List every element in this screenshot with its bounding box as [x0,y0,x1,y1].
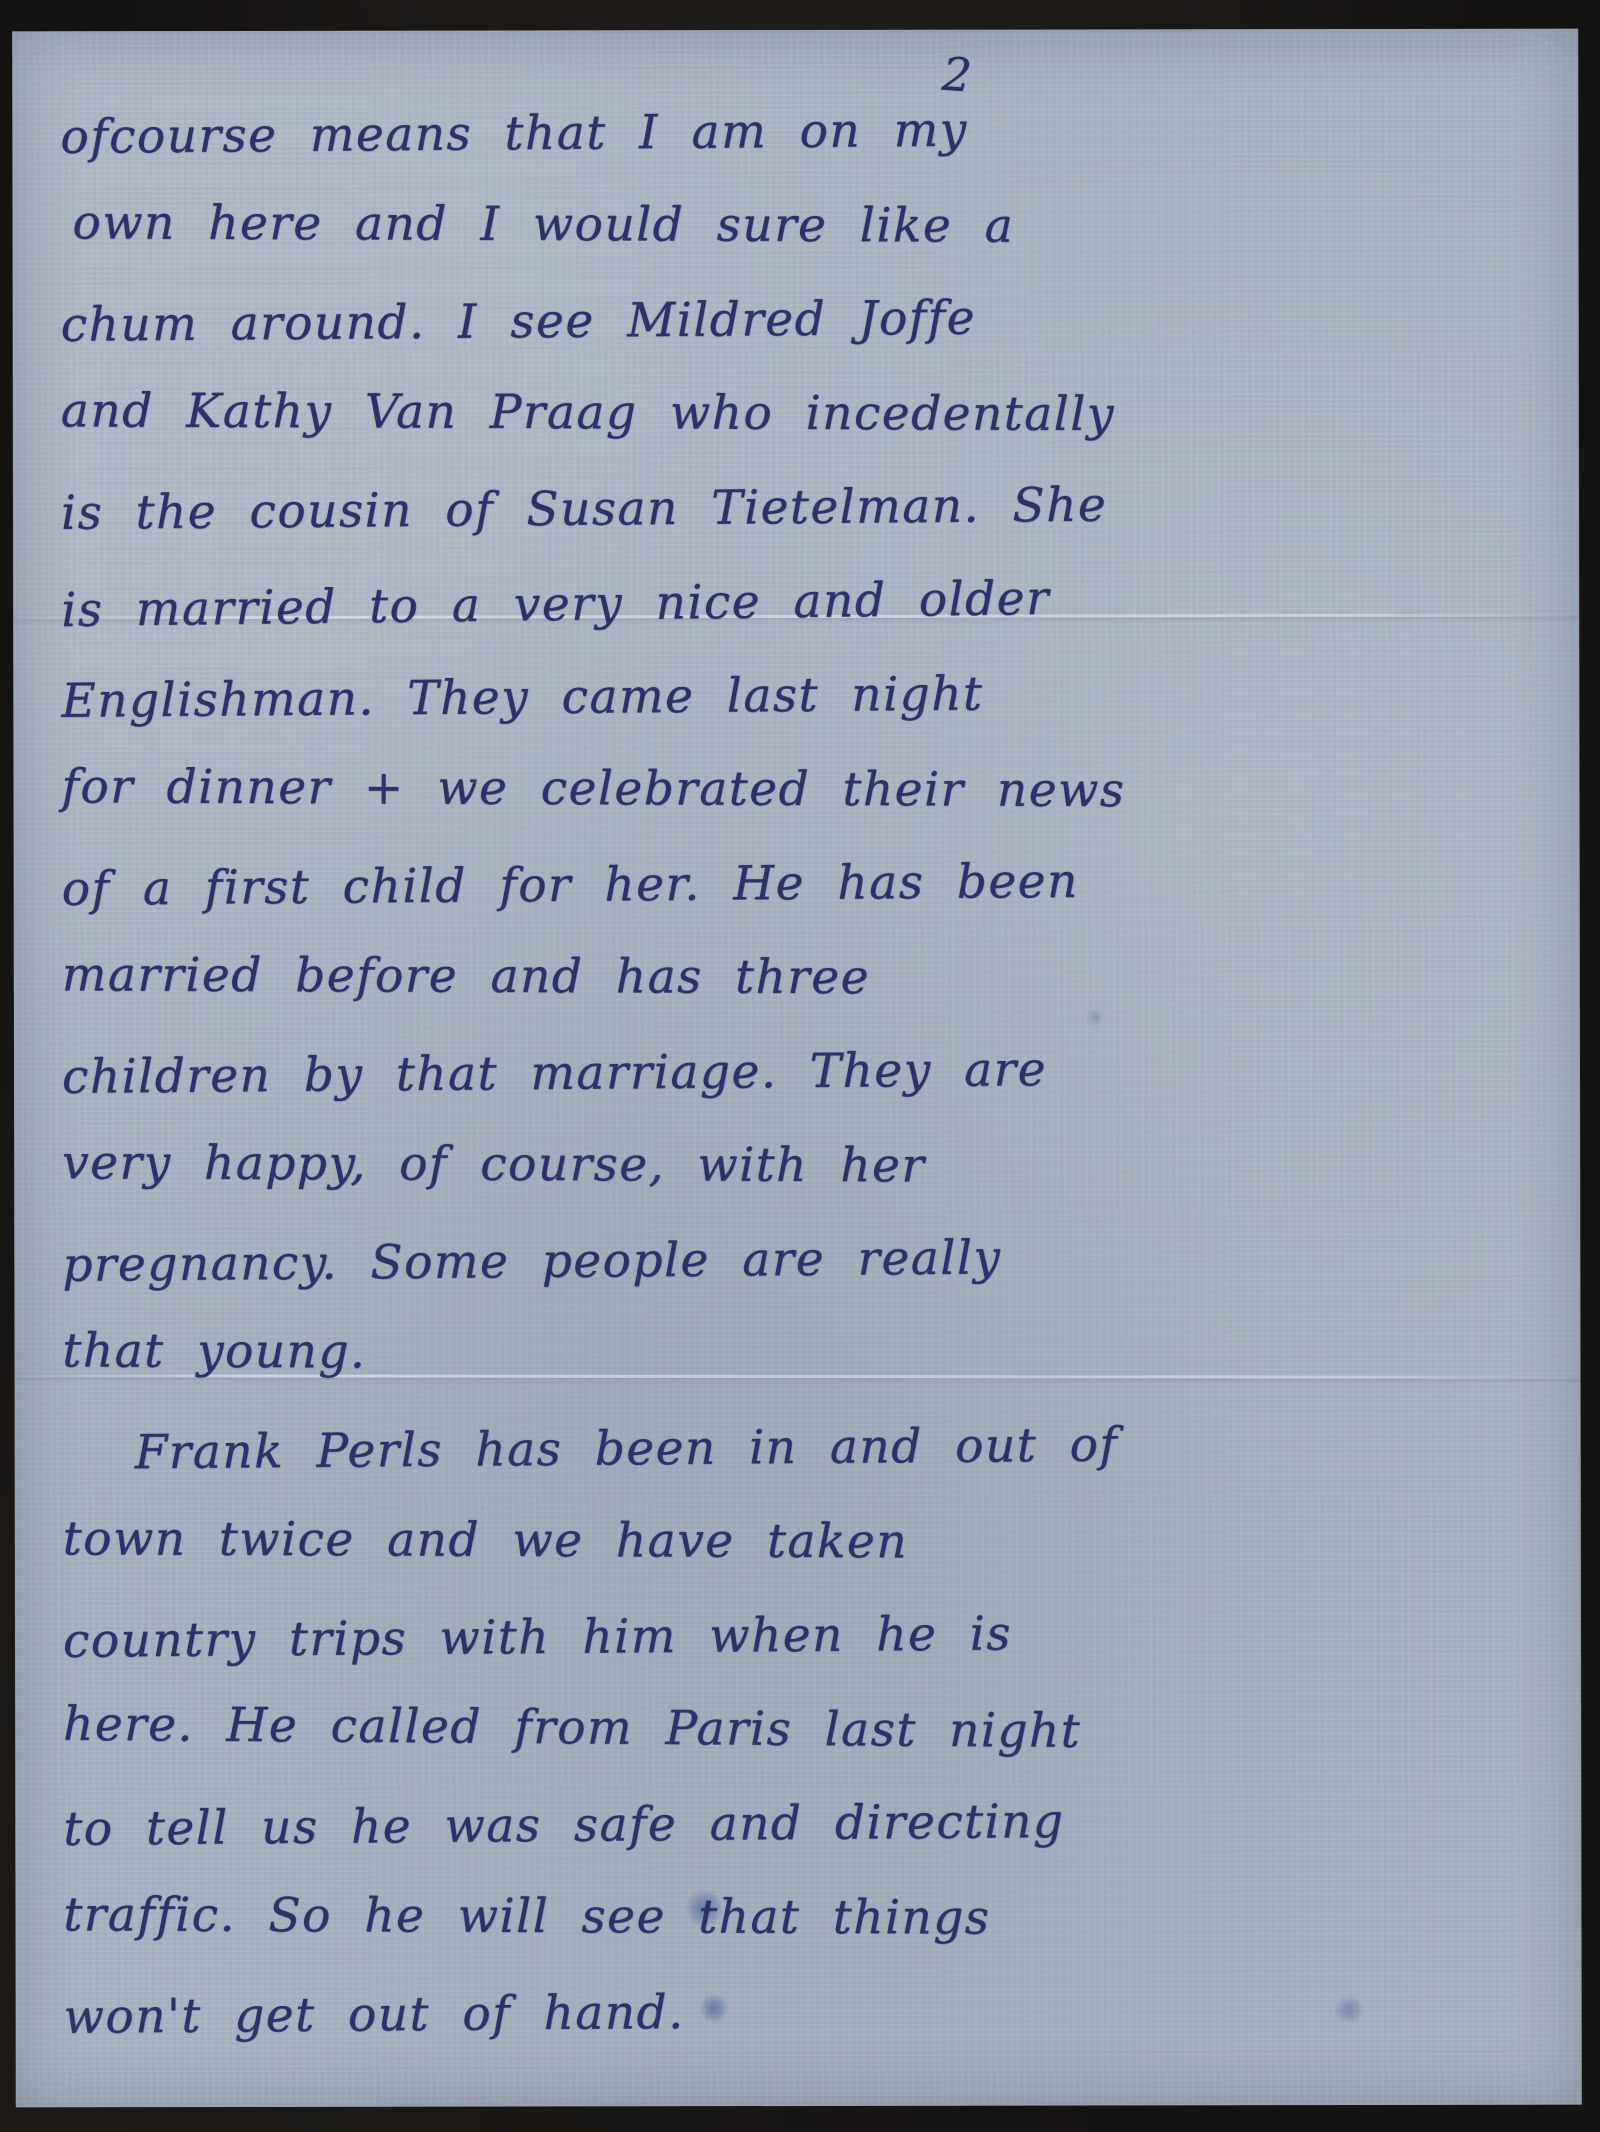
handwritten-line: is married to a very nice and older [61,543,1550,655]
handwritten-line: and Kathy Van Praag who incedentally [61,361,1549,460]
handwritten-line: for dinner + we celebrated their news [61,737,1549,836]
handwritten-line: Frank Perls has been in and out of [62,1392,1551,1498]
handwritten-line: won't get out of hand. [63,1956,1552,2062]
handwritten-line: to tell us he was safe and directing [63,1768,1552,1874]
photo-backdrop: 2 ofcourse means that I am on my own her… [0,0,1600,2132]
handwritten-line: country trips with him when he is [63,1580,1552,1686]
handwritten-line: of a first child for her. He has been [61,828,1550,934]
handwritten-line: here. He called from Paris last night [63,1675,1552,1779]
handwritten-line: chum around. I see Mildred Joffe [60,264,1549,370]
letter-body: ofcourse means that I am on my own here … [60,81,1551,2058]
handwritten-line: traffic. So he will see that things [63,1865,1551,1964]
letter-page: 2 ofcourse means that I am on my own her… [12,29,1582,2108]
handwritten-line: is the cousin of Susan Tietelman. She [61,452,1550,558]
handwritten-line: town twice and we have taken [63,1489,1551,1588]
handwritten-line: very happy, of course, with her [62,1113,1550,1212]
handwritten-line: married before and has three [62,925,1550,1024]
handwritten-line: children by that marriage. They are [62,1016,1551,1122]
handwritten-line: own here and I would sure like a [60,173,1548,272]
handwritten-line: ofcourse means that I am on my [60,76,1549,182]
handwritten-line: pregnancy. Some people are really [62,1204,1551,1310]
handwritten-line: Englishman. They came last night [61,640,1550,746]
handwritten-line: that young. [62,1301,1550,1400]
